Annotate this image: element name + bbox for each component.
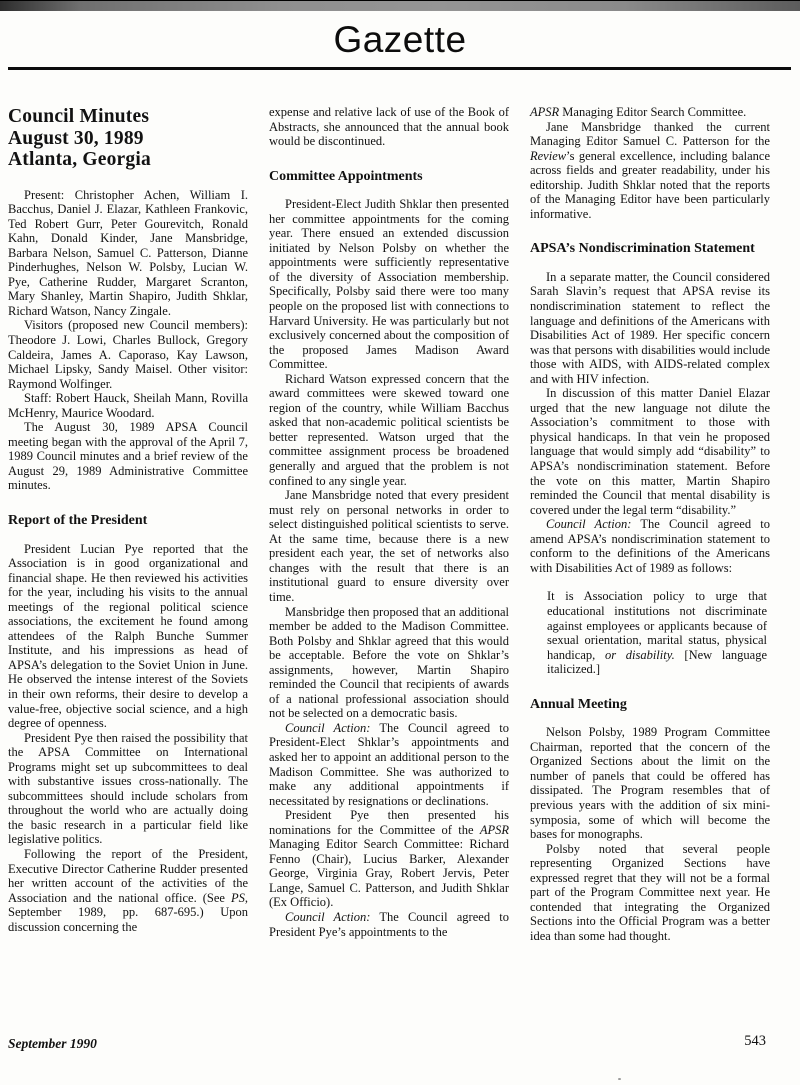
paragraph: Staff: Robert Hauck, Sheilah Mann, Rovil… bbox=[8, 391, 248, 420]
article-title-line: August 30, 1989 bbox=[8, 128, 248, 150]
paragraph: Council Action: The Council agreed to Pr… bbox=[269, 721, 509, 808]
column-3-blocks: APSR Managing Editor Search Committee.Ja… bbox=[530, 105, 770, 943]
text-run: President-Elect Judith Shklar then prese… bbox=[269, 197, 509, 371]
article-title: Council Minutes August 30, 1989 Atlanta,… bbox=[8, 106, 248, 171]
paragraph: President-Elect Judith Shklar then prese… bbox=[269, 197, 509, 372]
text-run: Following the report of the President, E… bbox=[8, 847, 248, 905]
page-top-scan-bar bbox=[0, 0, 800, 11]
text-run: In a separate matter, the Council consid… bbox=[530, 270, 770, 386]
column-2: expense and relative lack of use of the … bbox=[269, 105, 509, 943]
italic-text-run: Council Action: bbox=[285, 910, 370, 924]
text-run: Jane Mansbridge thanked the current Mana… bbox=[530, 120, 770, 149]
section-heading: APSA’s Nondiscrimination Statement bbox=[530, 242, 770, 257]
paragraph: President Pye then raised the possibilit… bbox=[8, 731, 248, 847]
article-columns: Council Minutes August 30, 1989 Atlanta,… bbox=[0, 70, 800, 943]
paragraph: Polsby noted that several people represe… bbox=[530, 842, 770, 944]
text-run: The August 30, 1989 APSA Council meeting… bbox=[8, 420, 248, 492]
italic-text-run: APSR bbox=[530, 105, 559, 119]
paragraph: Council Action: The Council agreed to Pr… bbox=[269, 910, 509, 939]
text-run: Jane Mansbridge noted that every preside… bbox=[269, 488, 509, 604]
scan-artifact bbox=[618, 1078, 621, 1080]
paragraph: Council Action: The Council agreed to am… bbox=[530, 517, 770, 575]
text-run: Mansbridge then proposed that an additio… bbox=[269, 605, 509, 721]
italic-text-run: APSR bbox=[480, 823, 509, 837]
paragraph: Present: Christopher Achen, William I. B… bbox=[8, 188, 248, 319]
text-run: Richard Watson expressed concern that th… bbox=[269, 372, 509, 488]
gazette-title: Gazette bbox=[0, 21, 800, 58]
text-run: In discussion of this matter Daniel Elaz… bbox=[530, 386, 770, 516]
column-3: APSR Managing Editor Search Committee.Ja… bbox=[530, 105, 770, 943]
column-1-blocks: Present: Christopher Achen, William I. B… bbox=[8, 188, 248, 935]
text-run: Present: Christopher Achen, William I. B… bbox=[8, 188, 248, 318]
paragraph: expense and relative lack of use of the … bbox=[269, 105, 509, 149]
italic-text-run: PS bbox=[231, 891, 245, 905]
text-run: President Pye then presented his nominat… bbox=[269, 808, 509, 837]
paragraph: President Pye then presented his nominat… bbox=[269, 808, 509, 910]
text-run: Visitors (proposed new Council members):… bbox=[8, 318, 248, 390]
section-heading: Report of the President bbox=[8, 514, 248, 529]
text-run: Managing Editor Search Committee: Richar… bbox=[269, 837, 509, 909]
paragraph: The August 30, 1989 APSA Council meeting… bbox=[8, 420, 248, 493]
text-run: Annual Meeting bbox=[530, 697, 627, 712]
footer-issue-date: September 1990 bbox=[8, 1036, 97, 1052]
section-heading: Committee Appointments bbox=[269, 170, 509, 185]
paragraph: President Lucian Pye reported that the A… bbox=[8, 542, 248, 731]
column-1: Council Minutes August 30, 1989 Atlanta,… bbox=[8, 105, 248, 943]
paragraph: Richard Watson expressed concern that th… bbox=[269, 372, 509, 488]
text-run: Managing Editor Search Committee. bbox=[559, 105, 746, 119]
paragraph: Mansbridge then proposed that an additio… bbox=[269, 605, 509, 721]
paragraph: Nelson Polsby, 1989 Program Committee Ch… bbox=[530, 725, 770, 841]
text-run: ’s general excellence, including balance… bbox=[530, 149, 770, 221]
blockquote: It is Association policy to urge that ed… bbox=[547, 589, 767, 676]
text-run: President Lucian Pye reported that the A… bbox=[8, 542, 248, 731]
italic-text-run: Review bbox=[530, 149, 566, 163]
text-run: expense and relative lack of use of the … bbox=[269, 105, 509, 148]
italic-text-run: Council Action: bbox=[546, 517, 631, 531]
text-run: Committee Appointments bbox=[269, 169, 423, 184]
italic-text-run: Council Action: bbox=[285, 721, 370, 735]
italic-text-run: or disability. bbox=[605, 648, 675, 662]
paragraph: Visitors (proposed new Council members):… bbox=[8, 318, 248, 391]
text-run: President Pye then raised the possibilit… bbox=[8, 731, 248, 847]
paragraph: Following the report of the President, E… bbox=[8, 847, 248, 934]
paragraph: In a separate matter, the Council consid… bbox=[530, 270, 770, 386]
footer-page-number: 543 bbox=[744, 1033, 766, 1050]
column-2-blocks: expense and relative lack of use of the … bbox=[269, 105, 509, 939]
paragraph: APSR Managing Editor Search Committee. bbox=[530, 105, 770, 120]
paragraph: In discussion of this matter Daniel Elaz… bbox=[530, 386, 770, 517]
paragraph: Jane Mansbridge thanked the current Mana… bbox=[530, 120, 770, 222]
text-run: Nelson Polsby, 1989 Program Committee Ch… bbox=[530, 725, 770, 841]
article-title-line: Atlanta, Georgia bbox=[8, 149, 248, 171]
text-run: Staff: Robert Hauck, Sheilah Mann, Rovil… bbox=[8, 391, 248, 420]
text-run: Report of the President bbox=[8, 513, 147, 528]
section-heading: Annual Meeting bbox=[530, 698, 770, 713]
text-run: Polsby noted that several people represe… bbox=[530, 842, 770, 943]
paragraph: Jane Mansbridge noted that every preside… bbox=[269, 488, 509, 604]
text-run: APSA’s Nondiscrimination Statement bbox=[530, 241, 755, 256]
article-title-line: Council Minutes bbox=[8, 106, 248, 128]
